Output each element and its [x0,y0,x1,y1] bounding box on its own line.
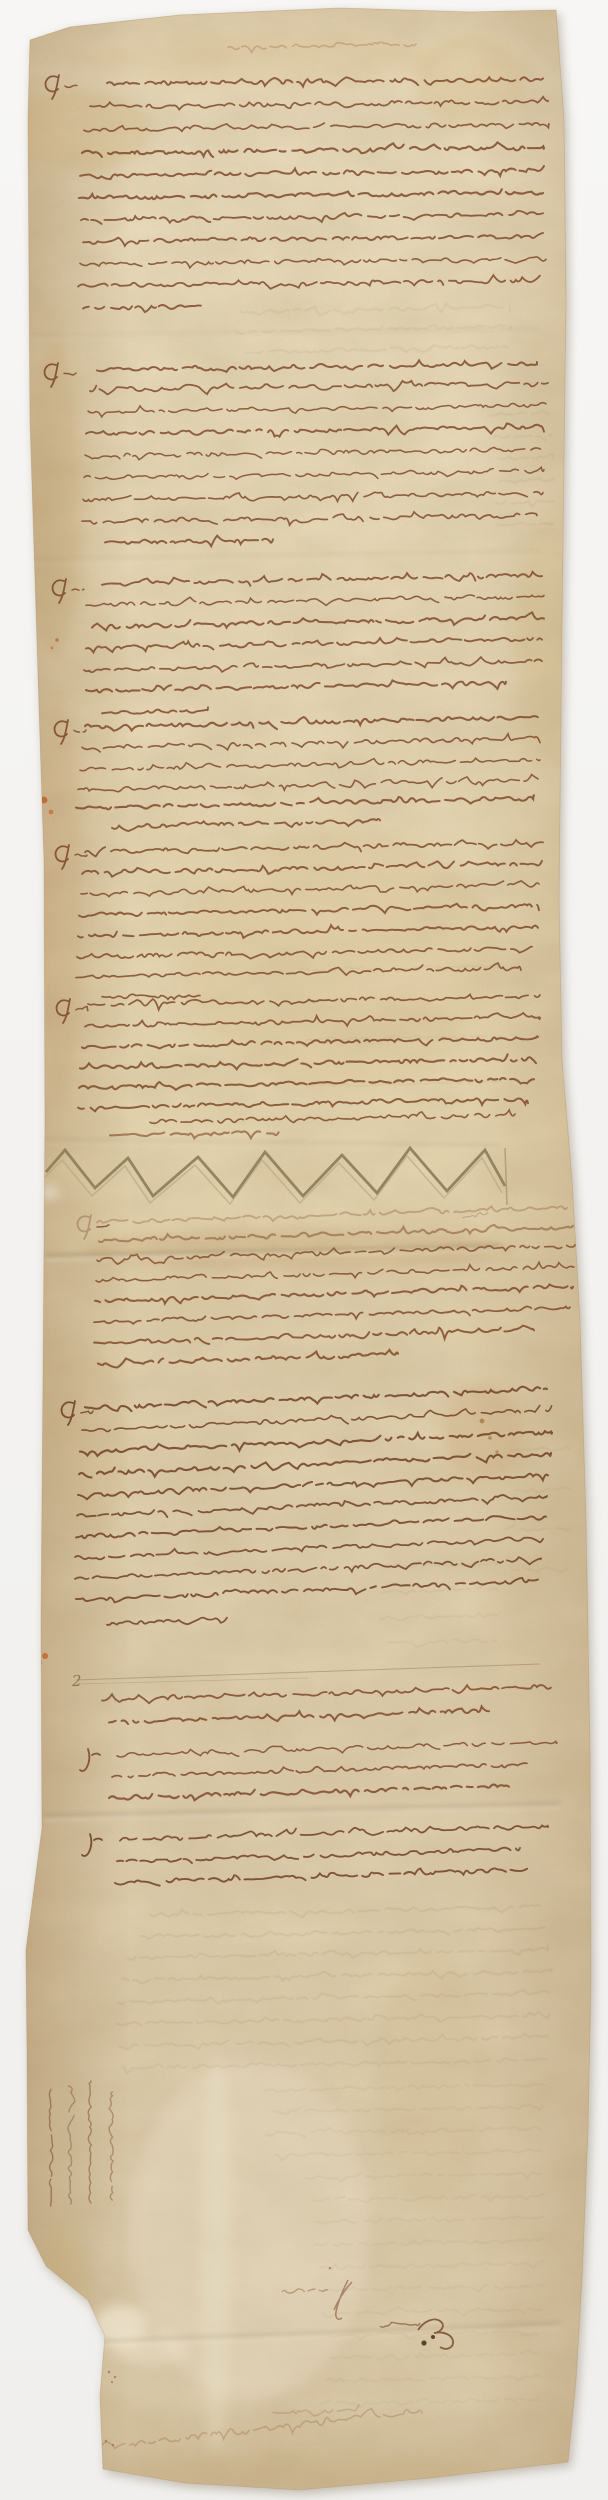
manuscript-photo: 2 [0,0,608,2500]
divider-number: 2 [72,1672,82,1690]
parchment-canvas [0,0,608,2500]
parchment-surface [0,0,608,2500]
